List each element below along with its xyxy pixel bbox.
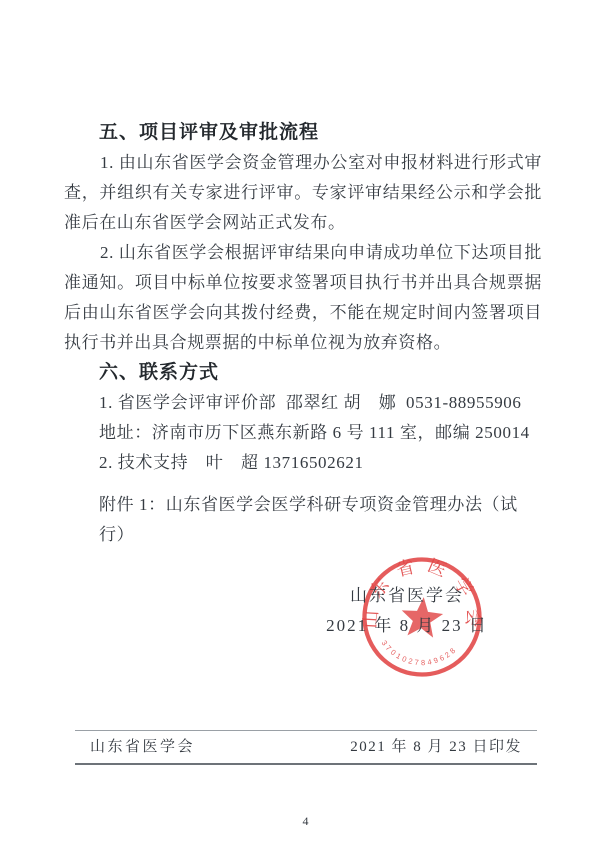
contact-line-tech-support: 2. 技术支持 叶 超 13716502621 [64,448,542,478]
section5-heading: 五、项目评审及审批流程 [64,118,542,148]
section5-paragraph-1: 1. 由山东省医学会资金管理办公室对申报材料进行形式审查，并组织有关专家进行评审… [64,148,542,238]
page-footer: 山东省医学会 2021 年 8 月 23 日印发 [75,736,537,758]
signature-org: 山东省医学会 [321,581,493,611]
document-page: 五、项目评审及审批流程 1. 由山东省医学会资金管理办公室对申报材料进行形式审查… [0,0,611,860]
contact-line-review-dept: 1. 省医学会评审评价部 邵翠红 胡 娜 0531-88955906 [64,388,542,418]
attachment-line: 附件 1：山东省医学会医学科研专项资金管理办法（试行） [64,490,542,550]
footer-rule-top [75,730,537,731]
section5-paragraph-2: 2. 山东省医学会根据评审结果向申请成功单位下达项目批准通知。项目中标单位按要求… [64,238,542,358]
footer-print-date: 2021 年 8 月 23 日印发 [350,736,537,758]
contact-line-address: 地址：济南市历下区燕东新路 6 号 111 室，邮编 250014 [64,418,542,448]
signature-date: 2021 年 8 月 23 日 [321,611,493,641]
footer-issuing-org: 山东省医学会 [75,736,195,758]
footer-rule-bottom [75,763,537,765]
signature-block: 山东省医学会 2021 年 8 月 23 日 [321,581,493,641]
document-body: 五、项目评审及审批流程 1. 由山东省医学会资金管理办公室对申报材料进行形式审查… [64,118,542,550]
page-number: 4 [0,814,611,829]
section6-heading: 六、联系方式 [64,358,542,388]
